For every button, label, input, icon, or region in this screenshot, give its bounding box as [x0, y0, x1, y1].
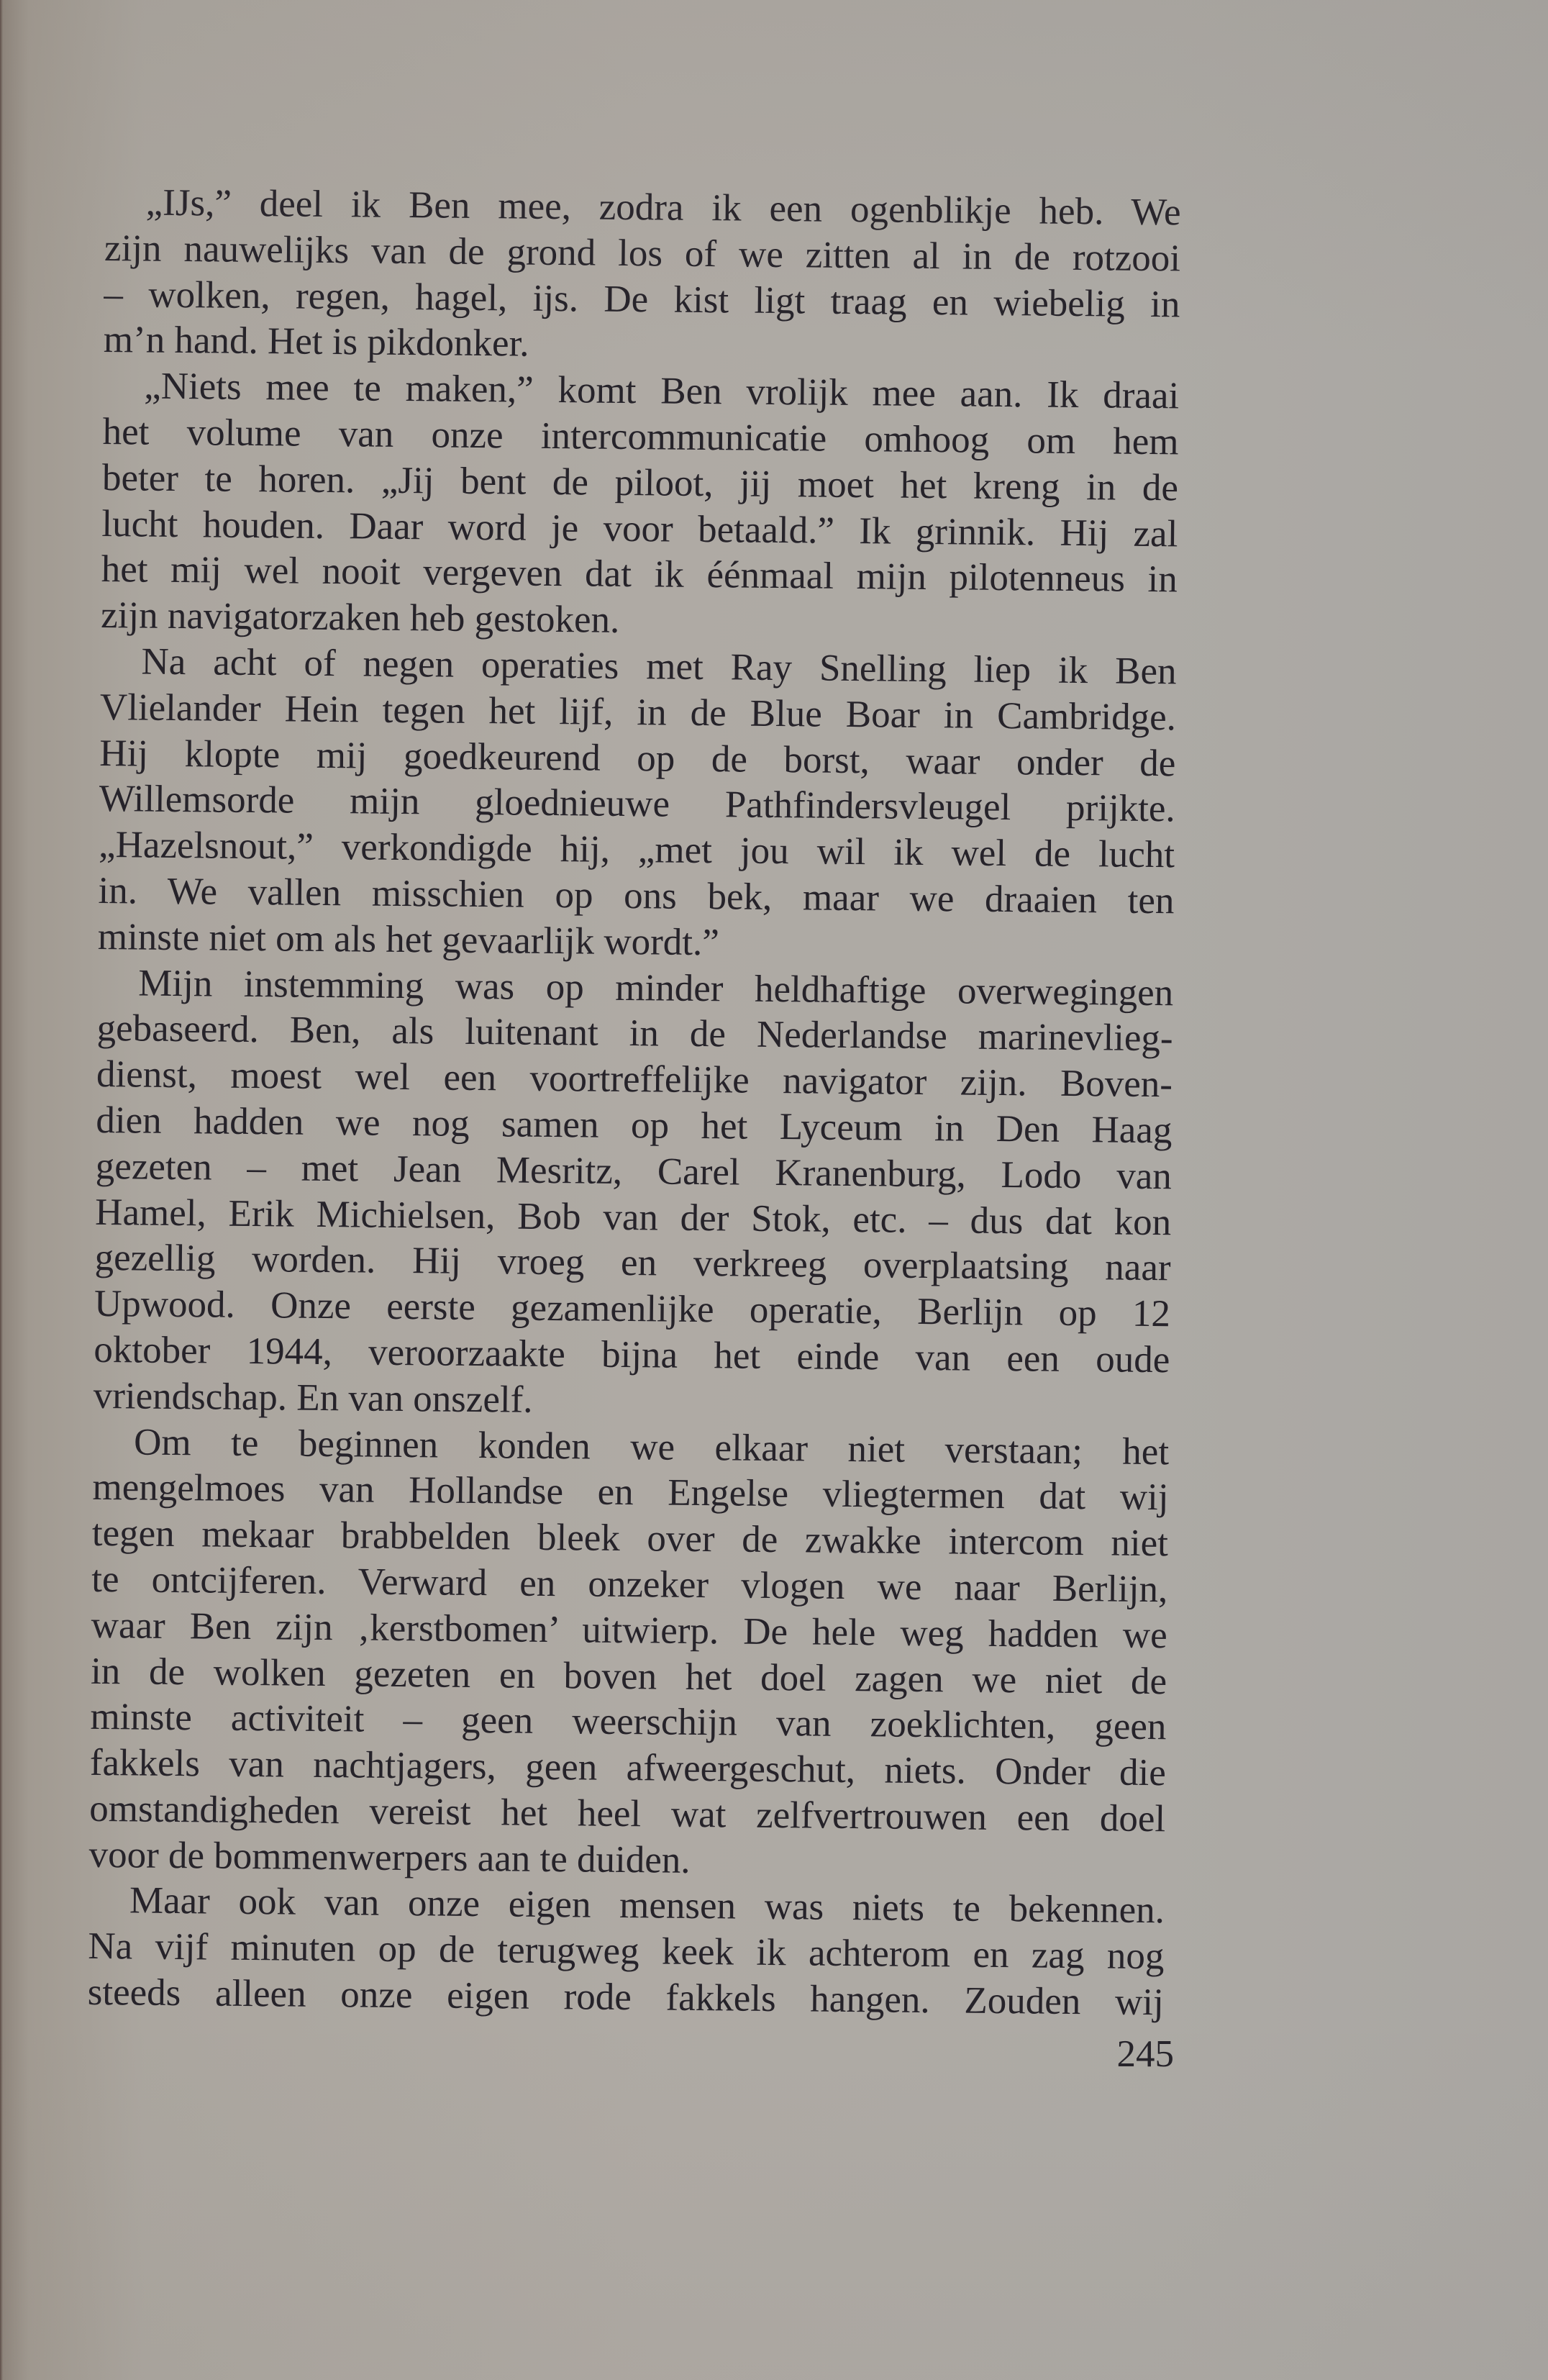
paragraph: Maar ook van onze eigen mensen was niets… — [88, 1878, 1165, 2026]
text-line: steeds alleen onze eigen rode fakkels ha… — [88, 1970, 1165, 2026]
paragraph: „IJs,” deel ik Ben mee, zodra ik een oge… — [104, 180, 1181, 374]
paragraph: Na acht of negen operaties met Ray Snell… — [98, 639, 1177, 971]
paragraph: Om te beginnen konden we elkaar niet ver… — [88, 1419, 1169, 1888]
page-number: 245 — [1112, 2032, 1174, 2077]
paragraph: „Niets mee te maken,” komt Ben vrolijk m… — [101, 363, 1180, 649]
body-text: „IJs,” deel ik Ben mee, zodra ik een oge… — [88, 180, 1181, 2026]
book-page: „IJs,” deel ik Ben mee, zodra ik een oge… — [0, 0, 1548, 2380]
paragraph: Mijn instemming was op minder heldhaftig… — [93, 960, 1173, 1429]
